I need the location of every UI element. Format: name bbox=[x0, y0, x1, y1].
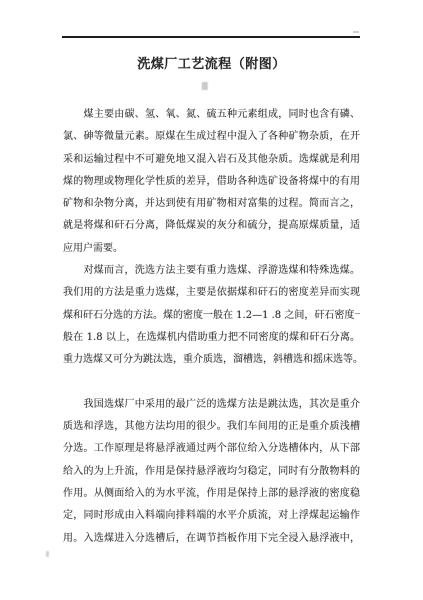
text-line: 煤和矸石分选的方法。煤的密度一般在 1.2—1 .8 之间，矸石密度一 bbox=[63, 305, 360, 327]
text-line: 应用户需要。 bbox=[63, 238, 360, 260]
paragraph: 我国选煤厂中采用的最广泛的选煤方法是跳汰选，其次是重介质选和浮选，其他方法均用的… bbox=[63, 394, 360, 550]
scan-artifact-top-right bbox=[353, 31, 359, 33]
text-line: 矿物和杂物分离，并达到使有用矿物相对富集的过程。简而言之， bbox=[63, 193, 360, 215]
scan-artifact-bottom-left bbox=[46, 551, 49, 557]
text-line: 用。入选煤进入分选槽后，在调节挡板作用下完全浸入悬浮液中， bbox=[63, 528, 360, 550]
text-line: 对煤而言，洗选方法主要有重力选煤、浮游选煤和特殊选煤。 bbox=[63, 260, 360, 282]
text-line: 定，同时形成由入料端向排料端的水平介质流，对上浮煤起运输作 bbox=[63, 505, 360, 527]
text-line: 作用。从侧面给入的为水平流，作用是保持上部的悬浮液的密度稳 bbox=[63, 483, 360, 505]
document-body: 煤主要由碳、氢、氧、氮、硫五种元素组成，同时也含有磷、氯、砷等微量元素。原煤在生… bbox=[63, 104, 360, 550]
text-line: 重力选煤又可分为跳汰选，重介质选，溜槽选，斜槽选和摇床选等。 bbox=[63, 349, 360, 371]
document-page: 洗煤厂工艺流程（附图） 煤主要由碳、氢、氧、氮、硫五种元素组成，同时也含有磷、氯… bbox=[0, 0, 423, 600]
text-line: 煤的物理或物理化学性质的差异，借助各种选矿设备将煤中的有用 bbox=[63, 171, 360, 193]
text-line: 般在 1.8 以上，在选煤机内借助重力把不同密度的煤和矸石分离。 bbox=[63, 327, 360, 349]
tiny-gray-mark bbox=[202, 82, 208, 90]
paragraph: 煤主要由碳、氢、氧、氮、硫五种元素组成，同时也含有磷、氯、砷等微量元素。原煤在生… bbox=[63, 104, 360, 260]
document-title: 洗煤厂工艺流程（附图） bbox=[0, 53, 423, 72]
text-line: 质选和浮选，其他方法均用的很少。我们车间用的正是重介质浅槽 bbox=[63, 416, 360, 438]
text-line: 采和运输过程中不可避免地又混入岩石及其他杂质。选煤就是利用 bbox=[63, 149, 360, 171]
text-line: 氯、砷等微量元素。原煤在生成过程中混入了各种矿物杂质，在开 bbox=[63, 126, 360, 148]
text-line: 给入的为上升流，作用是保持悬浮液均匀稳定，同时有分散物料的 bbox=[63, 461, 360, 483]
text-line: 煤主要由碳、氢、氧、氮、硫五种元素组成，同时也含有磷、 bbox=[63, 104, 360, 126]
text-line: 分选。工作原理是将悬浮液通过两个部位给入分选槽体内，从下部 bbox=[63, 438, 360, 460]
header-rule bbox=[62, 36, 360, 38]
text-line: 我国选煤厂中采用的最广泛的选煤方法是跳汰选，其次是重介 bbox=[63, 394, 360, 416]
text-line: 就是将煤和矸石分离，降低煤炭的灰分和硫分，提高原煤质量，适 bbox=[63, 215, 360, 237]
paragraph: 对煤而言，洗选方法主要有重力选煤、浮游选煤和特殊选煤。我们用的方法是重力选煤，主… bbox=[63, 260, 360, 371]
text-line: 我们用的方法是重力选煤，主要是依据煤和矸石的密度差异而实现 bbox=[63, 282, 360, 304]
